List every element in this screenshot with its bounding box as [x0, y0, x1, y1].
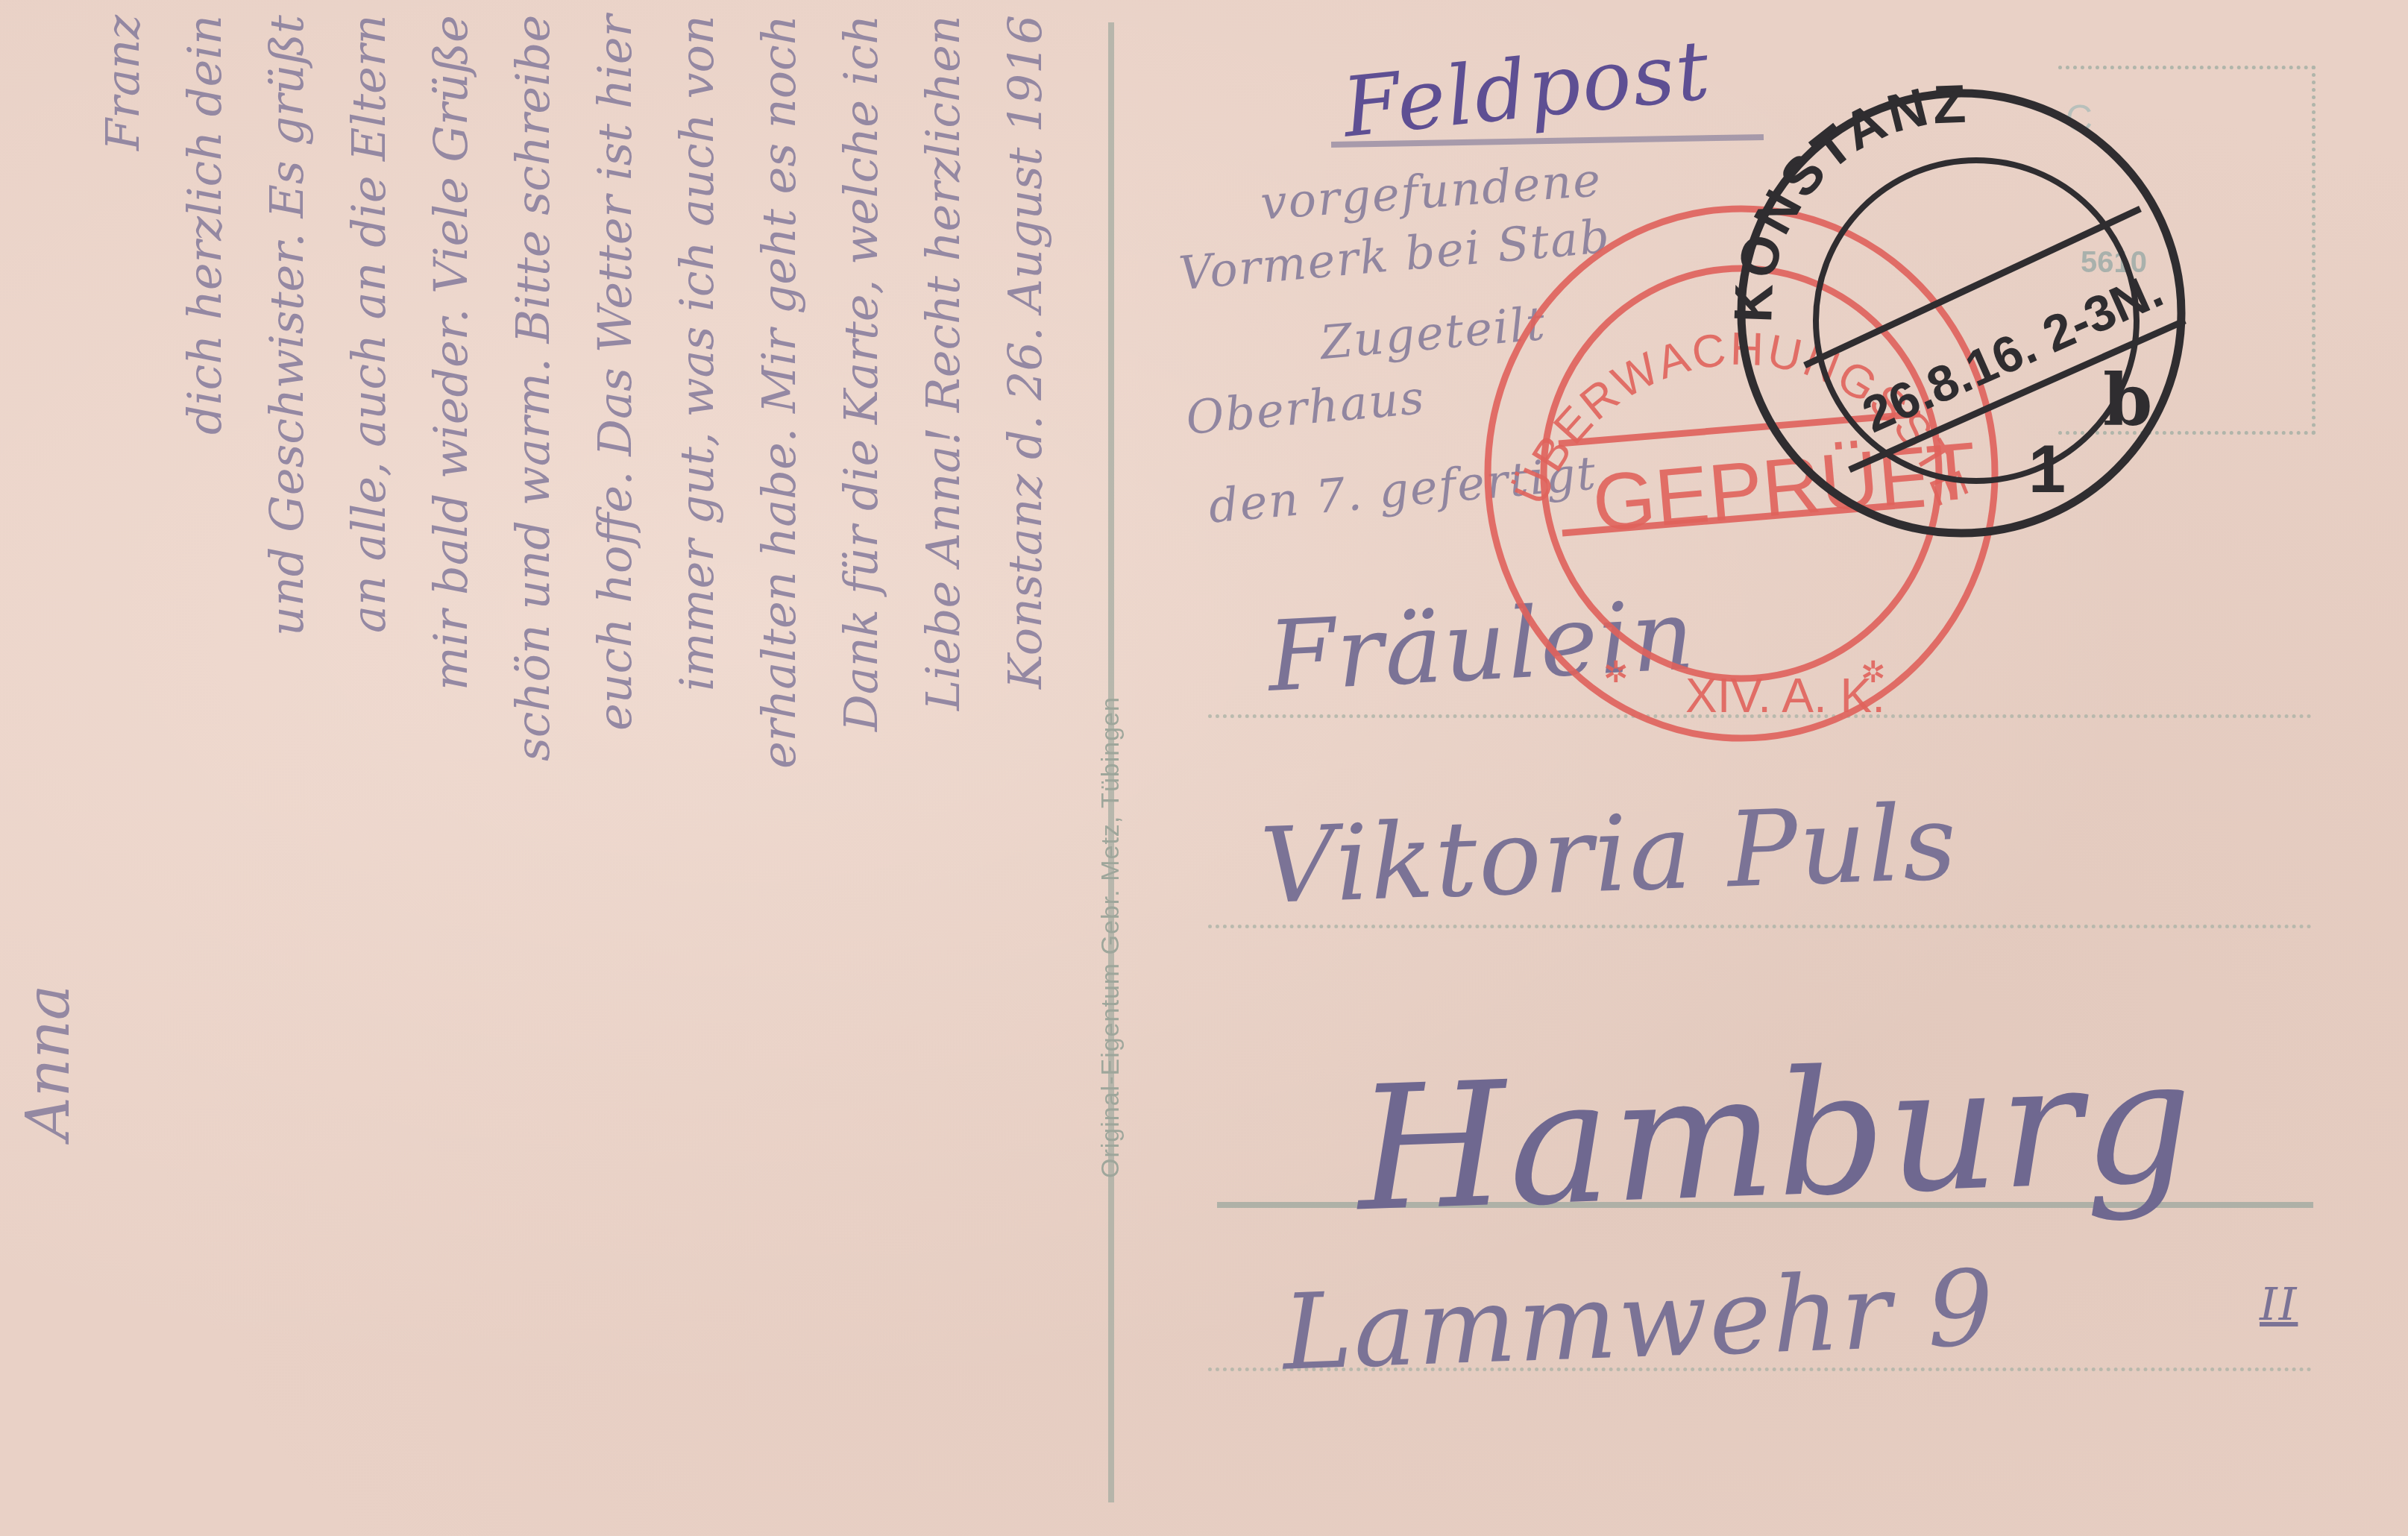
message-line: Liebe Anna! Recht herzlichen: [902, 15, 984, 1476]
message-line: Dank für die Karte, welche ich: [820, 15, 902, 1476]
recipient-street: Lammwehr 9: [1280, 1247, 1996, 1394]
recipient-name: Viktoria Puls: [1258, 782, 1960, 928]
censor-bottom-text: XIV. A. K.: [1685, 669, 1885, 723]
postmark-city: KONSTANZ: [1723, 75, 1970, 324]
postmark: KONSTANZ 26.8.16. 2-3N. 1 b: [1723, 75, 2200, 552]
postmark-letter: b: [2103, 359, 2152, 442]
message-line: immer gut, was ich auch von: [656, 15, 738, 1476]
message-line: an alle, auch an die Eltern: [328, 15, 410, 1476]
postcard: Konstanz d. 26. August 1916 Liebe Anna! …: [0, 0, 2408, 1536]
message-line: Konstanz d. 26. August 1916: [984, 15, 1066, 1476]
message-line: mir bald wieder. Viele Grüße: [410, 15, 492, 1476]
message-line: schön und warm. Bitte schreibe: [492, 15, 574, 1476]
sender-line: Oberhaus: [1183, 370, 1427, 445]
message-line: dich herzlich dein: [164, 15, 246, 1476]
svg-text:KONSTANZ: KONSTANZ: [1723, 75, 1970, 324]
svg-text:✲: ✲: [1603, 656, 1629, 689]
message-signature: Franz: [82, 15, 164, 1476]
recipient-city: Hamburg: [1354, 1022, 2198, 1250]
postmark-office: 1: [2028, 432, 2066, 507]
address-line-2: [1208, 925, 2312, 928]
message-line: erhalten habe. Mir geht es noch: [738, 15, 820, 1476]
message-signature-anna: Anna: [7, 984, 89, 1432]
publisher-imprint: Original-Eigentum Gebr. Metz, Tübingen: [1096, 696, 1125, 1178]
message-line: und Geschwister. Es grüßt: [246, 15, 328, 1476]
recipient-floor: II: [2260, 1279, 2298, 1331]
handwritten-message: Konstanz d. 26. August 1916 Liebe Anna! …: [15, 15, 1089, 1521]
message-line: euch hoffe. Das Wetter ist hier: [574, 15, 656, 1476]
svg-text:✲: ✲: [1861, 656, 1886, 689]
